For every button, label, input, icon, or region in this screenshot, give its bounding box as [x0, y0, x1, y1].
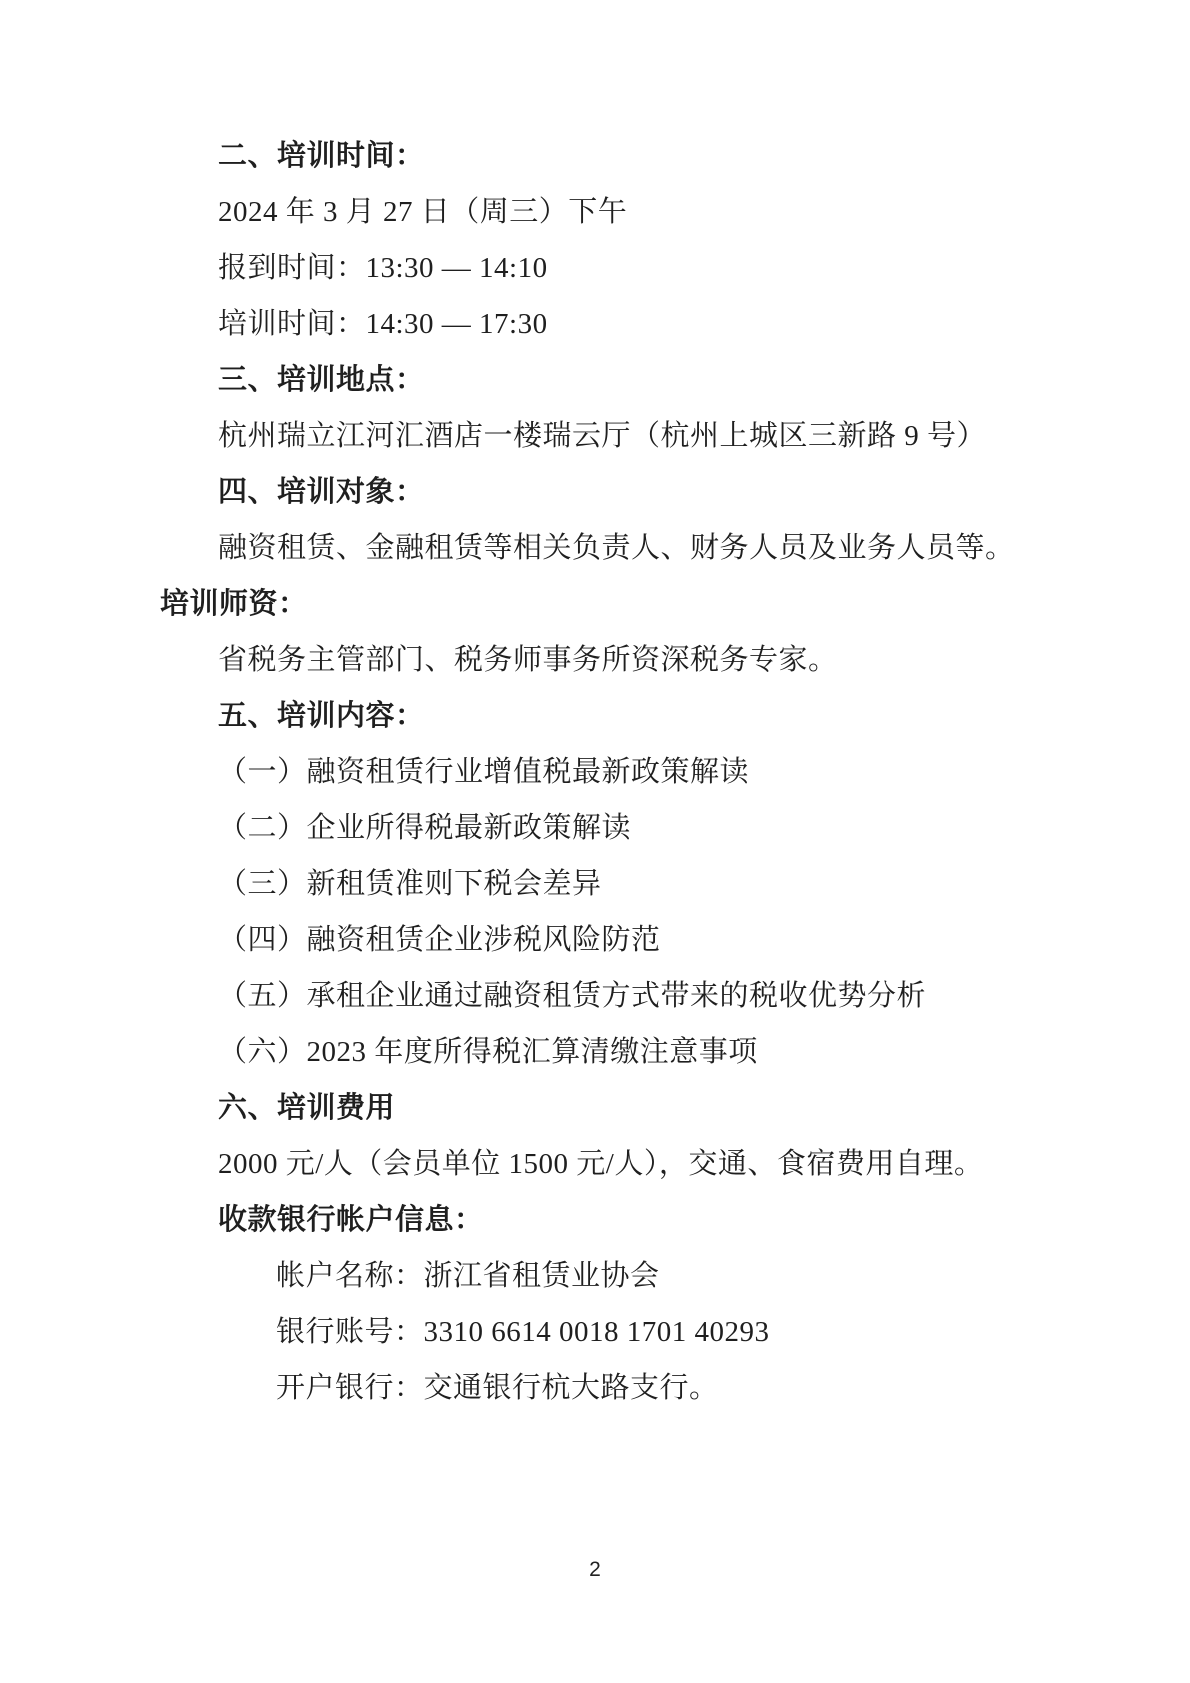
content-item-3: （三）新租赁准则下税会差异	[160, 856, 1040, 912]
training-fee-line: 2000 元/人（会员单位 1500 元/人），交通、食宿费用自理。	[160, 1136, 1040, 1192]
section-heading-training-time: 二、培训时间：	[160, 128, 1040, 184]
checkin-time-line: 报到时间：13:30 — 14:10	[160, 240, 1040, 296]
instructors-line: 省税务主管部门、税务师事务所资深税务专家。	[160, 632, 1040, 688]
section-heading-training-fee: 六、培训费用	[160, 1080, 1040, 1136]
bank-account-name-line: 帐户名称：浙江省租赁业协会	[160, 1248, 1040, 1304]
section-heading-instructors: 培训师资：	[160, 576, 1040, 632]
section-heading-training-audience: 四、培训对象：	[160, 464, 1040, 520]
content-item-4: （四）融资租赁企业涉税风险防范	[160, 912, 1040, 968]
page-number: 2	[0, 1558, 1190, 1582]
content-item-1: （一）融资租赁行业增值税最新政策解读	[160, 744, 1040, 800]
training-date-line: 2024 年 3 月 27 日（周三）下午	[160, 184, 1040, 240]
content-item-2: （二）企业所得税最新政策解读	[160, 800, 1040, 856]
content-item-6: （六）2023 年度所得税汇算清缴注意事项	[160, 1024, 1040, 1080]
section-heading-training-content: 五、培训内容：	[160, 688, 1040, 744]
section-heading-bank-info: 收款银行帐户信息：	[160, 1192, 1040, 1248]
content-item-5: （五）承租企业通过融资租赁方式带来的税收优势分析	[160, 968, 1040, 1024]
bank-account-number-line: 银行账号：3310 6614 0018 1701 40293	[160, 1304, 1040, 1360]
document-content: 二、培训时间： 2024 年 3 月 27 日（周三）下午 报到时间：13:30…	[160, 128, 1040, 1416]
document-page: 二、培训时间： 2024 年 3 月 27 日（周三）下午 报到时间：13:30…	[0, 0, 1190, 1683]
training-location-line: 杭州瑞立江河汇酒店一楼瑞云厅（杭州上城区三新路 9 号）	[160, 408, 1040, 464]
bank-branch-line: 开户银行：交通银行杭大路支行。	[160, 1360, 1040, 1416]
session-time-line: 培训时间：14:30 — 17:30	[160, 296, 1040, 352]
training-audience-line: 融资租赁、金融租赁等相关负责人、财务人员及业务人员等。	[160, 520, 1040, 576]
section-heading-training-location: 三、培训地点：	[160, 352, 1040, 408]
